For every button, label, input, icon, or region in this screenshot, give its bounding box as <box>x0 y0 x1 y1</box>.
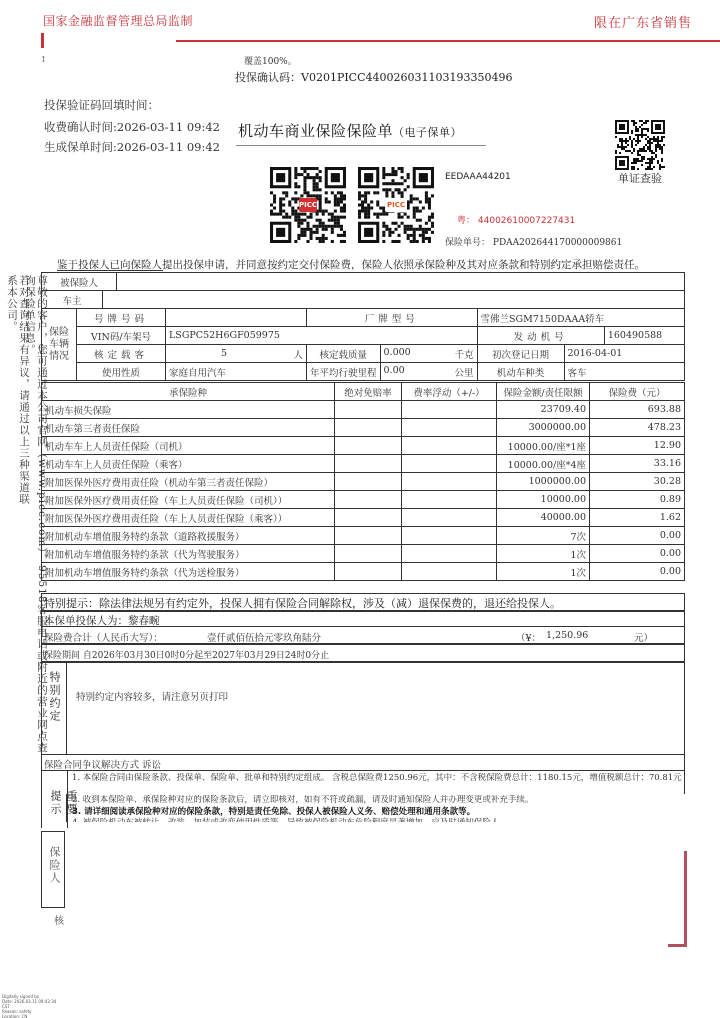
coverage-row: 附加机动车增值服务特约条款（代为驾驶服务）1次0.00 <box>42 545 685 563</box>
coverage-premium: 33.16 <box>590 455 685 473</box>
coverage-rate-float <box>402 563 497 581</box>
footer-check-label: 核 <box>54 912 64 927</box>
dispute-resolution: 保险合同争议解决方式 诉讼 <box>44 757 161 771</box>
coverage-amount: 23709.40 <box>497 401 590 419</box>
mass-value: 0.000千克 <box>380 345 477 363</box>
page-title: 机动车商业保险保险单（电子保单） <box>238 120 462 141</box>
mileage-value: 0.00公里 <box>380 363 477 381</box>
policy-number-label: 保险单号： <box>445 238 490 248</box>
col-header-amount: 保险金额/责任限额 <box>497 383 590 401</box>
coverage-name: 机动车车上人员责任保险（司机） <box>42 437 335 455</box>
reg-date-value: 2016-04-01 <box>564 345 684 363</box>
important-notes-continued: 2. 收到本保险单、承保险种对应的保险条款后，请立即核对，如有不符或疏漏，请及时… <box>72 795 684 822</box>
coverage-premium: 12.90 <box>590 437 685 455</box>
coverage-amount: 1次 <box>497 563 590 581</box>
engine-value: 160490588 <box>604 327 684 345</box>
owner-value <box>103 291 685 309</box>
seats-value: 5 <box>166 345 283 363</box>
special-terms-label: 特别约定 <box>46 671 62 723</box>
mileage-unit: 公里 <box>455 365 474 379</box>
coverage-premium: 693.88 <box>590 401 685 419</box>
coverage-amount: 10000.00/座*1座 <box>497 437 590 455</box>
total-label: 保险费合计（人民币大写）： <box>44 630 163 644</box>
important-note-1: 1. 本保险合同由保险条款、投保单、保险单、批单和特别约定组成。 含税总保险费1… <box>72 773 684 785</box>
coverage-deductible <box>335 455 402 473</box>
coverage-row: 附加医保外医疗费用责任险（车上人员责任保险（司机））10000.000.89 <box>42 491 685 509</box>
coverage-rate-float <box>402 491 497 509</box>
total-prefix: （¥： <box>516 630 541 644</box>
coverage-deductible <box>335 473 402 491</box>
red-corner-mark <box>684 851 687 947</box>
insured-value <box>117 273 685 291</box>
confirm-code-value: V0201PICC440026031103193350496 <box>301 71 513 84</box>
insured-table: 被保险人 <box>41 272 685 291</box>
plate-label: 号牌号码 <box>77 309 166 327</box>
title-suffix: （电子保单） <box>393 126 462 139</box>
plate-value <box>166 309 307 327</box>
insurer-label: 保险人 <box>46 846 62 885</box>
coverage-deductible <box>335 509 402 527</box>
mass-number: 0.000 <box>384 347 411 358</box>
col-header-deductible: 绝对免赔率 <box>335 383 402 401</box>
title-rule <box>236 145 486 146</box>
header-red-rule <box>176 40 720 42</box>
red-corner-mark-foot <box>668 944 687 947</box>
stamp-code-value: 44002610007227431 <box>478 216 575 226</box>
important-divider <box>66 794 67 822</box>
total-amount: 1,250.96 <box>546 630 588 641</box>
dispute-box: 保险合同争议解决方式 诉讼 <box>41 754 685 771</box>
insurer-cell: 保险人 <box>41 831 65 908</box>
coverage-deductible <box>335 491 402 509</box>
model-value: 雪佛兰SGM7150DAAA轿车 <box>477 309 684 327</box>
coverage-rate-float <box>402 473 497 491</box>
coverage-row: 附加医保外医疗费用责任险（机动车第三者责任保险）1000000.0030.28 <box>42 473 685 491</box>
coverage-amount: 10000.00/座*4座 <box>497 455 590 473</box>
confirm-code-label: 投保确认码： <box>235 71 301 84</box>
coverage-deductible <box>335 527 402 545</box>
insurance-period: 保险期间 自2026年03月30日0时0分起至2027年03月29日24时0分止 <box>44 648 329 661</box>
qr-code-policy[interactable]: PICC <box>270 167 346 243</box>
red-mark-bar <box>41 33 44 48</box>
coverage-deductible <box>335 419 402 437</box>
col-header-coverage: 承保险种 <box>42 383 335 401</box>
coverage-deductible <box>335 563 402 581</box>
coverage-deductible <box>335 545 402 563</box>
mass-label: 核定载质量 <box>307 345 381 363</box>
special-terms-label-cell: 特别约定 <box>42 663 67 754</box>
vehicle-type-label: 机动车种类 <box>477 363 564 381</box>
coverage-rate-float <box>402 401 497 419</box>
coverage-row: 附加医保外医疗费用责任险（车上人员责任保险（乘客））40000.001.62 <box>42 509 685 527</box>
qr-code-document-check[interactable] <box>615 120 665 170</box>
picc-logo-icon: PICC <box>385 198 407 212</box>
special-terms-box: 特别约定 特别约定内容较多，请注意另页打印 <box>41 662 685 755</box>
important-notes-clip: 1. 本保险合同由保险条款、投保单、保险单、批单和特别约定组成。 含税总保险费1… <box>72 773 684 794</box>
stamp-prefix: 粤： <box>457 216 475 226</box>
policy-number: 保险单号： PDAA202644170000009861 <box>445 235 622 248</box>
mileage-label: 年平均行驶里程 <box>307 363 381 381</box>
qr-pattern-icon <box>615 120 665 170</box>
important-label-cell: 重要提示 <box>41 770 68 828</box>
vehicle-table: 保险车辆情况 号牌号码 厂牌型号 雪佛兰SGM7150DAAA轿车 VIN码/车… <box>41 308 685 381</box>
vehicle-section-label: 保险车辆情况 <box>42 309 77 381</box>
coverage-amount: 7次 <box>497 527 590 545</box>
coverage-premium: 478.23 <box>590 419 685 437</box>
vehicle-type-value: 客车 <box>564 363 684 381</box>
coverage-name: 附加机动车增值服务特约条款（代为驾驶服务） <box>42 545 335 563</box>
regulator-label: 国家金融监督管理总局监制 <box>43 12 193 29</box>
policy-generated-label: 生成保单时间: <box>44 140 117 154</box>
coverage-amount: 10000.00 <box>497 491 590 509</box>
document-code: EEDAAA44201 <box>445 172 511 182</box>
coverage-amount: 1000000.00 <box>497 473 590 491</box>
coverage-row: 附加机动车增值服务特约条款（道路救援服务）7次0.00 <box>42 527 685 545</box>
coverage-row: 附加机动车增值服务特约条款（代为送检服务）1次0.00 <box>42 563 685 581</box>
owner-label: 车主 <box>42 291 103 309</box>
coverage-rate-float <box>402 545 497 563</box>
coverage-name: 机动车损失保险 <box>42 401 335 419</box>
verify-code-time: 投保验证码回填时间： <box>44 97 159 113</box>
digital-signature: Digitally signed byDate: 2026.03.11 09:4… <box>2 994 56 1018</box>
coverage-row: 机动车损失保险23709.40693.88 <box>42 401 685 419</box>
coverage-table: 承保险种 绝对免赔率 费率浮动（+/-） 保险金额/责任限额 保险费（元） 机动… <box>41 382 685 581</box>
coverage-header-row: 承保险种 绝对免赔率 费率浮动（+/-） 保险金额/责任限额 保险费（元） <box>42 383 685 401</box>
vin-value: LSGPC52H6GF059975 <box>166 327 478 345</box>
reg-date-label: 初次登记日期 <box>477 345 564 363</box>
mileage-number: 0.00 <box>384 365 405 376</box>
coverage-row: 机动车第三者责任保险3000000.00478.23 <box>42 419 685 437</box>
important-right-edge <box>684 770 685 794</box>
period-box: 保险期间 自2026年03月30日0时0分起至2027年03月29日24时0分止 <box>41 644 685 662</box>
important-note-4: 4. 被保险机动车被转让、改装、加装或改变使用性质等，导致被保险机动车危险程度显… <box>72 818 684 822</box>
coverage-rows: 机动车损失保险23709.40693.88机动车第三者责任保险3000000.0… <box>42 401 685 581</box>
usage-value: 家庭自用汽车 <box>166 363 307 381</box>
total-suffix: 元） <box>634 630 653 644</box>
insured-label: 被保险人 <box>42 273 117 291</box>
coverage-row: 机动车车上人员责任保险（乘客）10000.00/座*4座33.16 <box>42 455 685 473</box>
coverage-name: 附加医保外医疗费用责任险（车上人员责任保险（司机）） <box>42 491 335 509</box>
coverage-premium: 0.00 <box>590 563 685 581</box>
margin-mark: ↕ <box>40 55 47 64</box>
signature-line: Date: 2026.03.11 09:42:34 <box>2 999 56 1004</box>
coverage-rate-float <box>402 527 497 545</box>
special-notice: 特别提示：除法律法规另有约定外，投保人拥有保险合同解除权，涉及（减）退保保费的，… <box>44 595 561 611</box>
vin-label: VIN码/车架号 <box>77 327 166 345</box>
mass-unit: 千克 <box>455 347 474 361</box>
total-box: 保险费合计（人民币大写）： 壹仟贰佰伍拾元零玖角陆分 （¥： 1,250.96 … <box>41 626 685 644</box>
qr-code-verify[interactable]: PICC <box>358 167 434 243</box>
coverage-premium: 30.28 <box>590 473 685 491</box>
policy-generated-time: 生成保单时间:2026-03-11 09:42 <box>44 139 220 155</box>
preamble-underline <box>57 270 163 271</box>
special-terms-text: 特别约定内容较多，请注意另页打印 <box>76 689 228 703</box>
coverage-amount: 3000000.00 <box>497 419 590 437</box>
coverage-name: 附加医保外医疗费用责任险（机动车第三者责任保险） <box>42 473 335 491</box>
sale-region-label: 限在广东省销售 <box>594 12 692 31</box>
coverage-rate-float <box>402 509 497 527</box>
col-header-rate-float: 费率浮动（+/-） <box>402 383 497 401</box>
model-label: 厂牌型号 <box>307 309 478 327</box>
total-in-words: 壹仟贰佰伍拾元零玖角陆分 <box>207 630 321 644</box>
coverage-deductible <box>335 437 402 455</box>
seats-label: 核定载客 <box>77 345 166 363</box>
coverage-premium: 0.00 <box>590 527 685 545</box>
important-note-3: 3. 请详细阅读承保险种对应的保险条款，特别是责任免除、投保人被保险人义务、赔偿… <box>72 807 684 819</box>
coverage-premium: 0.89 <box>590 491 685 509</box>
qr-caption: 单证查验 <box>618 170 662 186</box>
payment-confirm-label: 收费确认时间: <box>44 120 117 134</box>
policy-generated-value: 2026-03-11 09:42 <box>117 140 220 154</box>
owner-table: 车主 <box>41 290 685 309</box>
payment-confirm-time: 收费确认时间:2026-03-11 09:42 <box>44 119 220 135</box>
coverage-premium: 0.00 <box>590 545 685 563</box>
coverage-rate-float <box>402 455 497 473</box>
title-main: 机动车商业保险保险单 <box>238 122 393 140</box>
coverage-deductible <box>335 401 402 419</box>
col-header-premium: 保险费（元） <box>590 383 685 401</box>
confirm-code: 投保确认码：V0201PICC440026031103193350496 <box>235 69 513 85</box>
seats-unit: 人 <box>282 345 307 363</box>
coverage-name: 机动车第三者责任保险 <box>42 419 335 437</box>
coverage-note: 覆盖100%。 <box>244 54 297 67</box>
coverage-premium: 1.62 <box>590 509 685 527</box>
payment-confirm-value: 2026-03-11 09:42 <box>117 120 220 134</box>
coverage-name: 附加机动车增值服务特约条款（道路救援服务） <box>42 527 335 545</box>
coverage-rate-float <box>402 437 497 455</box>
policy-number-value: PDAA202644170000009861 <box>493 238 622 248</box>
picc-logo-icon: PICC <box>299 198 317 212</box>
coverage-amount: 1次 <box>497 545 590 563</box>
usage-label: 使用性质 <box>77 363 166 381</box>
engine-label: 发动机号 <box>477 327 604 345</box>
coverage-rate-float <box>402 419 497 437</box>
coverage-name: 机动车车上人员责任保险（乘客） <box>42 455 335 473</box>
special-notice-box: 特别提示：除法律法规另有约定外，投保人拥有保险合同解除权，涉及（减）退保保费的，… <box>41 593 685 611</box>
signature-line: Location: CN <box>2 1014 56 1018</box>
important-note-2: 2. 收到本保险单、承保险种对应的保险条款后，请立即核对，如有不符或疏漏，请及时… <box>72 795 684 807</box>
coverage-amount: 40000.00 <box>497 509 590 527</box>
policyholder-box: 本保单投保人为：黎春畹 <box>41 610 685 627</box>
coverage-name: 附加机动车增值服务特约条款（代为送检服务） <box>42 563 335 581</box>
coverage-name: 附加医保外医疗费用责任险（车上人员责任保险（乘客）） <box>42 509 335 527</box>
stamp-code: 粤： 44002610007227431 <box>457 213 575 226</box>
coverage-row: 机动车车上人员责任保险（司机）10000.00/座*1座12.90 <box>42 437 685 455</box>
